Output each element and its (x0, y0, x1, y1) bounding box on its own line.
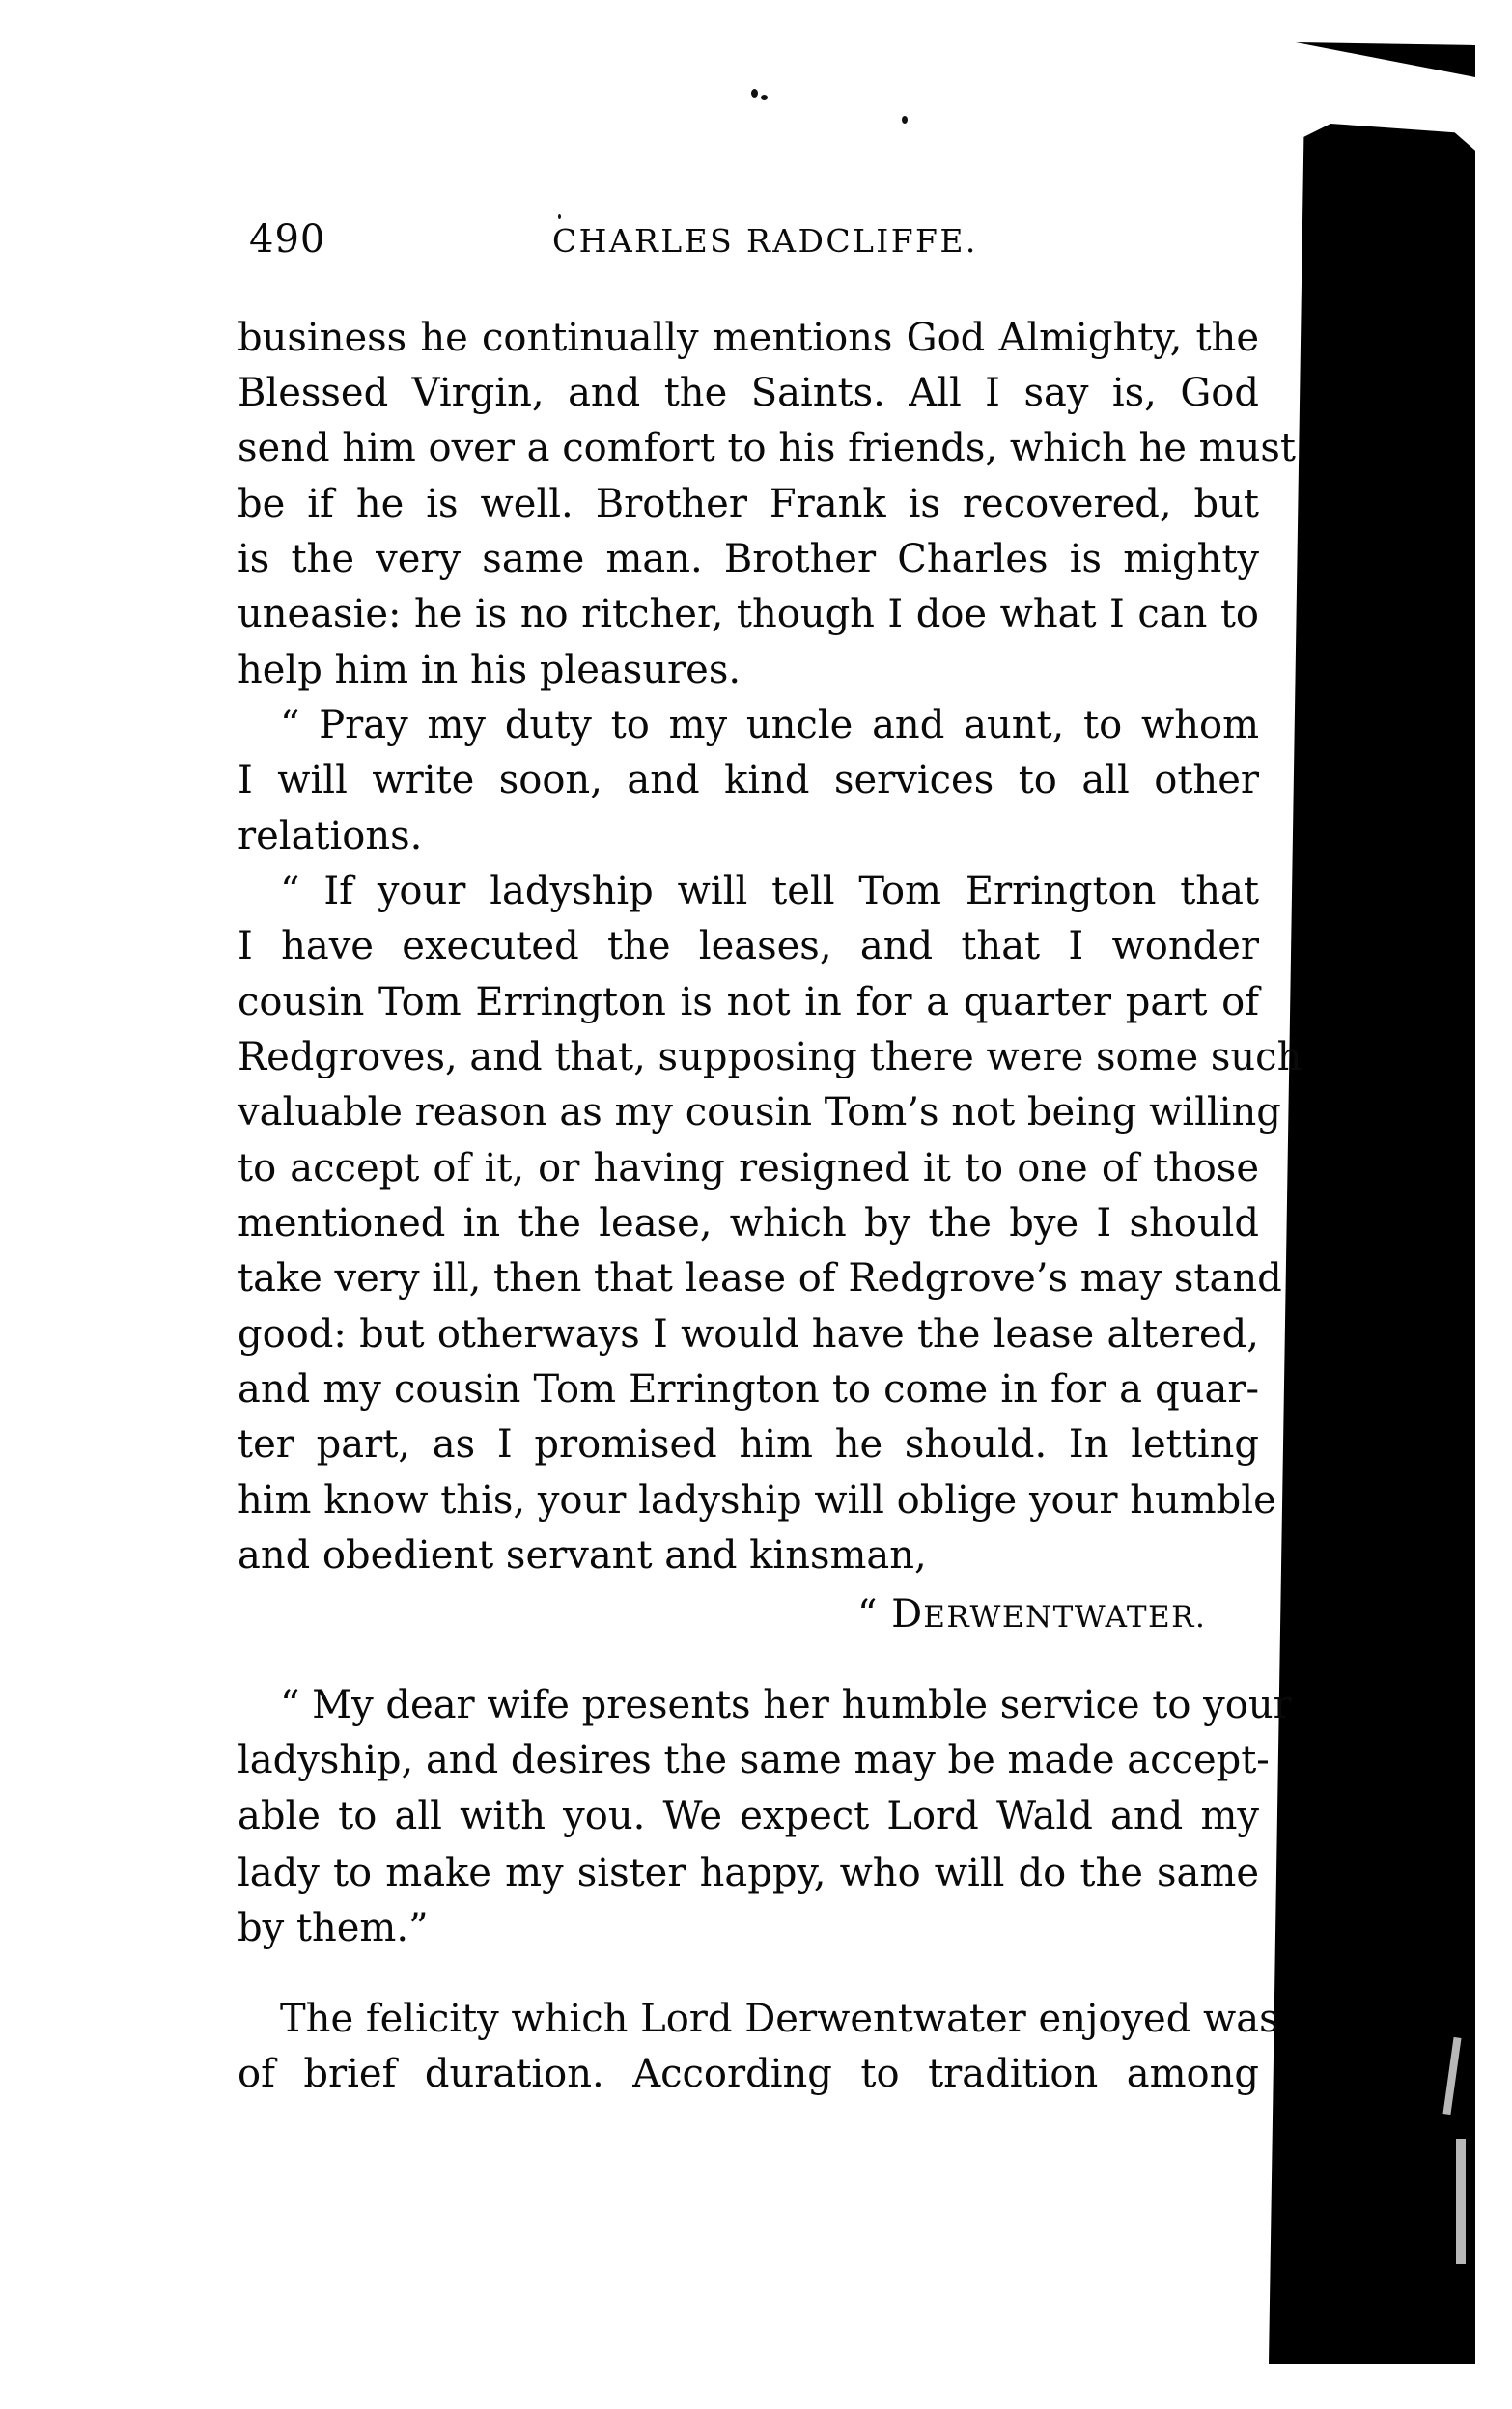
text-line: to accept of it, or having resigned it t… (238, 1145, 1259, 1191)
scan-binding-shadow (1269, 124, 1475, 2364)
running-title: CHARLES RADCLIFFE. (552, 222, 978, 261)
signature-initial: D (891, 1592, 923, 1637)
narrative-line: of brief duration. According to traditio… (238, 2051, 1259, 2097)
postscript-line: able to all with you. We expect Lord Wal… (238, 1793, 1259, 1839)
text-line: and my cousin Tom Errington to come in f… (238, 1366, 1259, 1413)
text-line: mentioned in the lease, which by the bye… (238, 1200, 1259, 1247)
letter-signature: “ DERWENTWATER. (857, 1591, 1206, 1640)
text-line: uneasie: he is no ritcher, though I doe … (238, 591, 1259, 637)
scan-speck (751, 89, 758, 98)
text-line: valuable reason as my cousin Tom’s not b… (238, 1089, 1259, 1135)
text-line: ter part, as I promised him he should. I… (238, 1421, 1259, 1468)
scan-speck (902, 116, 908, 124)
page-number: 490 (249, 218, 325, 261)
scan-edge-streak (1296, 42, 1475, 77)
text-line: take very ill, then that lease of Redgro… (238, 1255, 1259, 1302)
signature-quote: “ (857, 1592, 891, 1637)
text-line: I have executed the leases, and that I w… (238, 923, 1259, 969)
text-line: “ If your ladyship will tell Tom Erringt… (280, 868, 1259, 914)
text-line: Blessed Virgin, and the Saints. All I sa… (238, 370, 1259, 416)
text-line: and obedient servant and kinsman, (238, 1532, 1259, 1579)
text-line: him know this, your ladyship will oblige… (238, 1477, 1259, 1524)
text-line: is the very same man. Brother Charles is… (238, 536, 1259, 582)
signature-smallcaps: ERWENTWATER. (923, 1600, 1206, 1635)
text-line: Redgroves, and that, supposing there wer… (238, 1034, 1259, 1080)
scanned-book-page: 490 CHARLES RADCLIFFE. business he conti… (0, 0, 1512, 2409)
text-line: help him in his pleasures. (238, 647, 1259, 693)
scan-highlight (1456, 2139, 1466, 2264)
postscript-line: lady to make my sister happy, who will d… (238, 1850, 1259, 1896)
scan-speck (761, 95, 768, 100)
scan-speck (558, 214, 561, 219)
text-line: business he continually mentions God Alm… (238, 315, 1259, 361)
text-line: “ Pray my duty to my uncle and aunt, to … (280, 702, 1259, 748)
postscript-line: by them.” (238, 1905, 1259, 1951)
text-line: I will write soon, and kind services to … (238, 757, 1259, 803)
postscript-line: “ My dear wife presents her humble servi… (280, 1682, 1259, 1728)
text-line: be if he is well. Brother Frank is recov… (238, 481, 1259, 527)
text-line: good: but otherways I would have the lea… (238, 1311, 1259, 1358)
text-line: relations. (238, 813, 1259, 859)
text-line: send him over a comfort to his friends, … (238, 425, 1259, 471)
text-line: cousin Tom Errington is not in for a qua… (238, 979, 1259, 1025)
postscript-line: ladyship, and desires the same may be ma… (238, 1737, 1259, 1783)
narrative-line: The felicity which Lord Derwentwater enj… (280, 1996, 1259, 2042)
